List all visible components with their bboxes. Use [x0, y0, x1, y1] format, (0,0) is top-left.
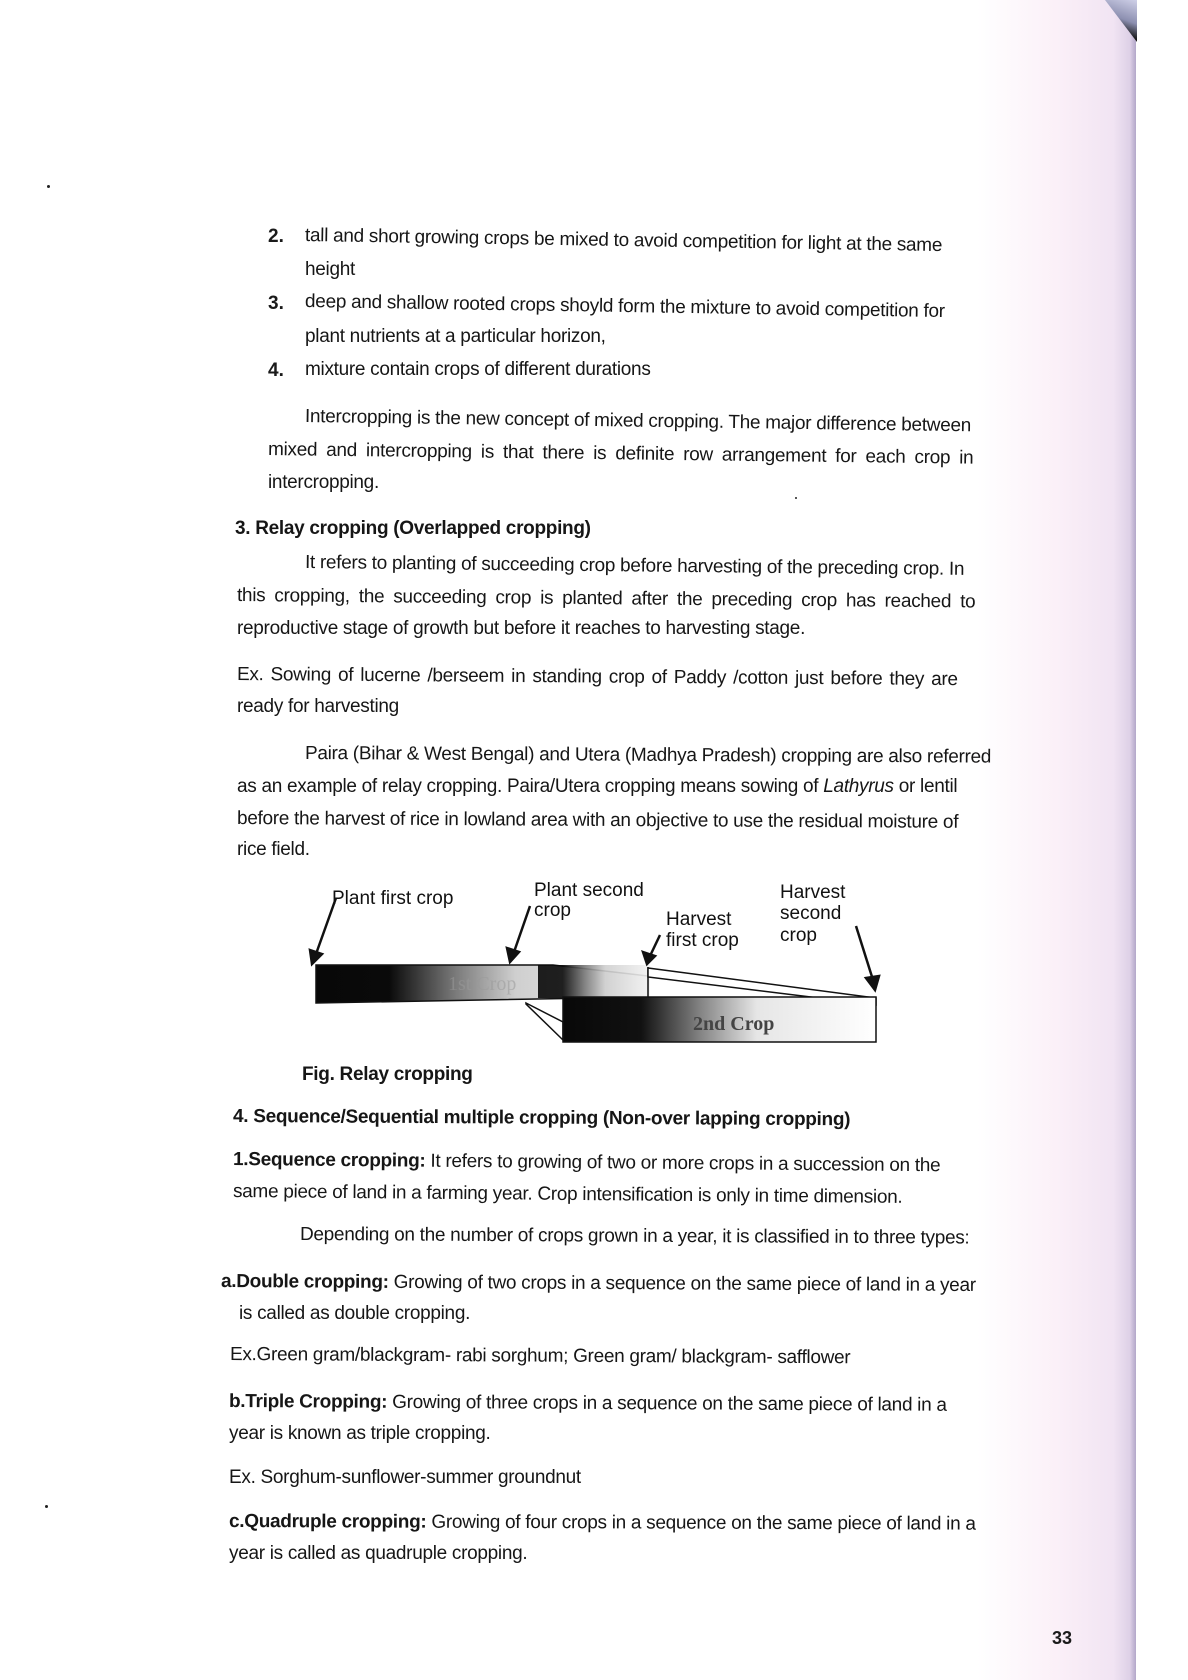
list-number: 4.	[268, 360, 284, 382]
text-span: or lentil	[894, 776, 958, 797]
types-intro: Depending on the number of crops grown i…	[300, 1223, 970, 1251]
paragraph-line: reproductive stage of growth but before …	[237, 617, 805, 641]
term-label: 1.Sequence cropping:	[233, 1149, 426, 1172]
label-harvest-first-crop-2: first crop	[666, 930, 739, 952]
scientific-name: Lathyrus	[823, 776, 893, 797]
scan-speck	[795, 497, 797, 499]
label-harvest-first-crop-1: Harvest	[666, 909, 731, 931]
text-span: as an example of relay cropping. Paira/U…	[237, 776, 823, 797]
paragraph-line: before the harvest of rice in lowland ar…	[237, 807, 958, 835]
paragraph-line: is called as double cropping.	[239, 1302, 470, 1326]
term-label: b.Triple Cropping:	[229, 1391, 387, 1413]
paragraph-line: rice field.	[237, 838, 310, 862]
list-item-text: height	[305, 258, 355, 282]
label-plant-second-crop-1: Plant second	[534, 880, 644, 902]
label-harvest-second-crop-2: second	[780, 903, 841, 925]
example-line: ready for harvesting	[237, 695, 399, 719]
second-crop-label: 2nd Crop	[693, 1013, 774, 1035]
label-plant-first-crop: Plant first crop	[332, 888, 453, 910]
section-heading-sequence: 4. Sequence/Sequential multiple cropping…	[233, 1105, 850, 1132]
list-number: 3.	[268, 293, 284, 315]
scan-speck	[45, 1505, 48, 1508]
paragraph-line: a.Double cropping: Growing of two crops …	[221, 1270, 976, 1298]
paragraph-line: year is known as triple cropping.	[229, 1422, 491, 1446]
paragraph-line: intercropping.	[268, 471, 379, 495]
list-number: 2.	[268, 226, 284, 248]
example-line: Ex. Sowing of lucerne /berseem in standi…	[237, 663, 958, 692]
term-label: c.Quadruple cropping:	[229, 1511, 427, 1533]
label-harvest-second-crop-3: crop	[780, 925, 817, 947]
term-label: a.Double cropping:	[221, 1271, 389, 1293]
page-number: 33	[1052, 1628, 1072, 1649]
section-heading-relay: 3. Relay cropping (Overlapped cropping)	[235, 517, 591, 541]
example-line: Ex.Green gram/blackgram- rabi sorghum; G…	[230, 1343, 850, 1370]
figure-caption: Fig. Relay cropping	[302, 1063, 473, 1087]
paragraph-line: Paira (Bihar & West Bengal) and Utera (M…	[305, 742, 991, 770]
text-span: Growing of three crops in a sequence on …	[387, 1392, 947, 1416]
text-span: Growing of two crops in a sequence on th…	[389, 1272, 976, 1296]
label-harvest-second-crop-1: Harvest	[780, 882, 845, 904]
text-span: Growing of four crops in a sequence on t…	[426, 1512, 975, 1535]
paragraph-line: c.Quadruple cropping: Growing of four cr…	[229, 1510, 976, 1537]
label-plant-second-crop-2: crop	[534, 900, 571, 922]
paragraph-line: as an example of relay cropping. Paira/U…	[237, 775, 957, 799]
text-span: It refers to growing of two or more crop…	[425, 1151, 940, 1176]
relay-cropping-diagram: 1st Crop 2nd Crop Plant first crop Plant…	[308, 880, 948, 1060]
example-line: Ex. Sorghum-sunflower-summer groundnut	[229, 1466, 581, 1490]
list-item-text: plant nutrients at a particular horizon,	[305, 325, 606, 349]
paragraph-line: year is called as quadruple cropping.	[229, 1542, 527, 1566]
list-item-text: mixture contain crops of different durat…	[305, 358, 651, 382]
paragraph-line: b.Triple Cropping: Growing of three crop…	[229, 1390, 947, 1418]
page-edge-shadow	[1130, 0, 1136, 1680]
scan-speck	[47, 185, 50, 188]
first-crop-label: 1st Crop	[448, 973, 516, 995]
